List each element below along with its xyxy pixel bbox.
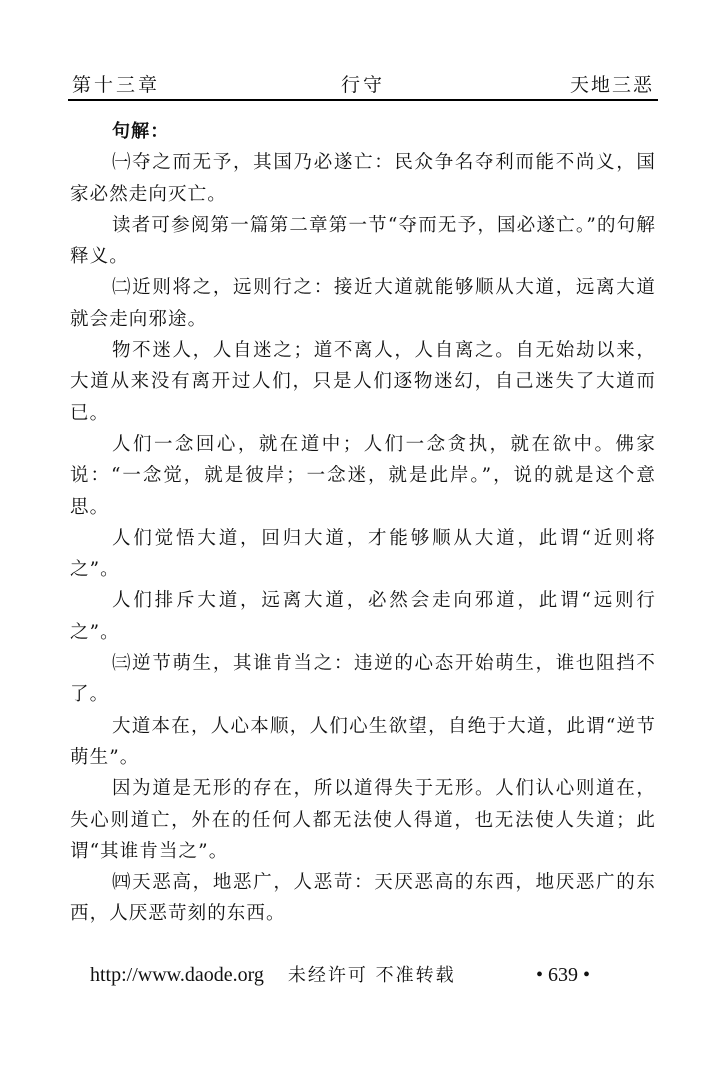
- page-number: • 639 •: [536, 962, 590, 988]
- paragraph: 读者可参阅第一篇第二章第一节“夺而无予，国必遂亡。”的句解释义。: [70, 210, 656, 273]
- paragraph: 物不迷人，人自迷之；道不离人，人自离之。自无始劫以来，大道从来没有离开过人们，只…: [70, 335, 656, 429]
- paragraph: ㈣天恶高，地恶广，人恶苛：天厌恶高的东西，地厌恶广的东西，人厌恶苛刻的东西。: [70, 867, 656, 930]
- header-rule: [68, 99, 658, 101]
- paragraph: 人们一念回心，就在道中；人们一念贪执，就在欲中。佛家说：“一念觉，就是彼岸；一念…: [70, 429, 656, 523]
- topic-title: 天地三恶: [570, 72, 654, 98]
- paragraph: 人们排斥大道，远离大道，必然会走向邪道，此谓“远则行之”。: [70, 585, 656, 648]
- copyright-notice: 未经许可 不准转载: [288, 965, 456, 986]
- paragraph: ㈢逆节萌生，其谁肯当之：违逆的心态开始萌生，谁也阻挡不了。: [70, 648, 656, 711]
- section-heading: 句解：: [70, 116, 656, 147]
- paragraph: 人们觉悟大道，回归大道，才能够顺从大道，此谓“近则将之”。: [70, 523, 656, 586]
- paragraph: 大道本在，人心本顺，人们心生欲望，自绝于大道，此谓“逆节萌生”。: [70, 711, 656, 774]
- website-link[interactable]: http://www.daode.org: [90, 964, 264, 986]
- paragraph: ㈠夺之而无予，其国乃必遂亡：民众争名夺利而能不尚义，国家必然走向灭亡。: [70, 147, 656, 210]
- page-body: 句解： ㈠夺之而无予，其国乃必遂亡：民众争名夺利而能不尚义，国家必然走向灭亡。 …: [70, 116, 656, 930]
- page-footer: http://www.daode.org 未经许可 不准转载 • 639 •: [90, 962, 590, 989]
- paragraph: ㈡近则将之，远则行之：接近大道就能够顺从大道，远离大道就会走向邪途。: [70, 272, 656, 335]
- running-header: 第十三章 行守 天地三恶: [68, 72, 658, 98]
- paragraph: 因为道是无形的存在，所以道得失于无形。人们认心则道在，失心则道亡，外在的任何人都…: [70, 773, 656, 867]
